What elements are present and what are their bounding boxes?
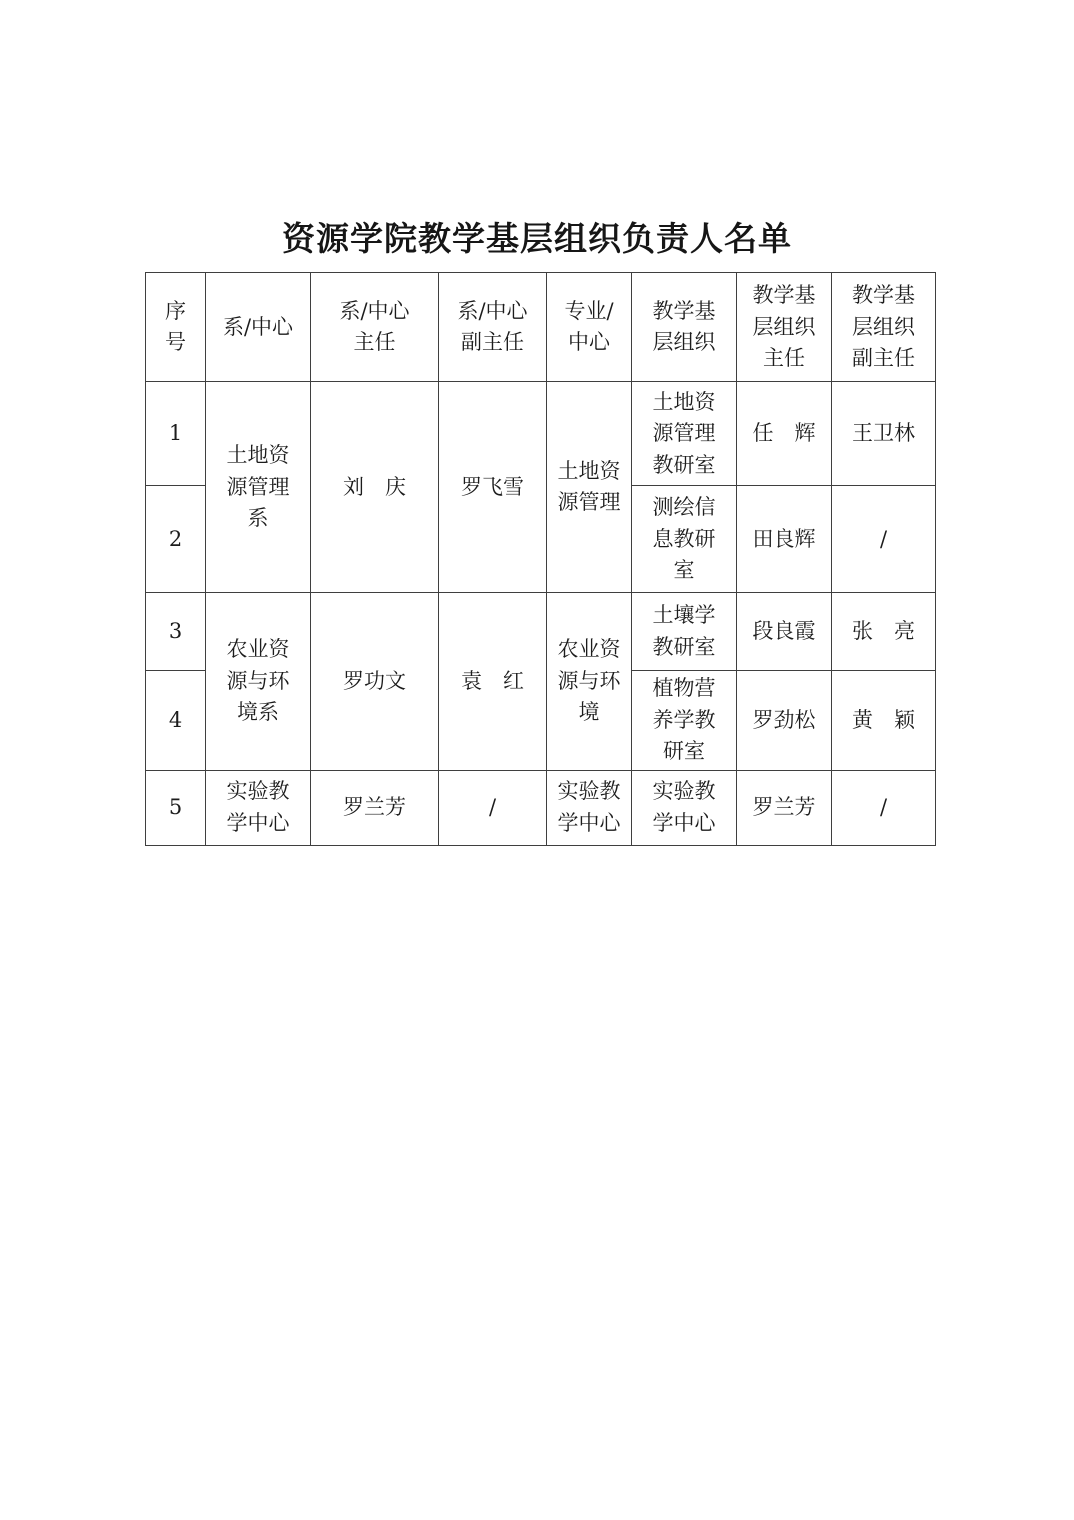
row3-org: 土壤学 教研室: [632, 593, 737, 671]
row5-org-director: 罗兰芳: [737, 770, 832, 845]
row5-major: 实验教 学中心: [547, 770, 632, 845]
row1-seq: 1: [146, 382, 206, 486]
row5-dept: 实验教 学中心: [206, 770, 311, 845]
row1-org-director: 任 辉: [737, 382, 832, 486]
row4-org: 植物营 养学教 研室: [632, 671, 737, 771]
page-title: 资源学院教学基层组织负责人名单: [0, 0, 1074, 259]
row3-dept-deputy: 袁 红: [439, 593, 547, 771]
header-dept-deputy: 系/中心 副主任: [439, 273, 547, 382]
header-org-director: 教学基 层组织 主任: [737, 273, 832, 382]
table-header-row: 序 号 系/中心 系/中心 主任 系/中心 副主任 专业/ 中心 教学基 层组织…: [146, 273, 936, 382]
table-row-3: 3 农业资 源与环 境系 罗功文 袁 红 农业资 源与环 境 土壤学 教研室 段…: [146, 593, 936, 671]
row3-dept-director: 罗功文: [311, 593, 439, 771]
row2-seq: 2: [146, 486, 206, 593]
header-seq: 序 号: [146, 273, 206, 382]
row1-dept: 土地资 源管理 系: [206, 382, 311, 593]
document-page: 资源学院教学基层组织负责人名单 序 号 系/中心 系/中心 主任 系/中心 副主…: [0, 0, 1074, 1520]
header-org: 教学基 层组织: [632, 273, 737, 382]
row1-major: 土地资 源管理: [547, 382, 632, 593]
row3-org-director: 段良霞: [737, 593, 832, 671]
row4-org-deputy: 黄 颖: [832, 671, 936, 771]
row3-major: 农业资 源与环 境: [547, 593, 632, 771]
row2-org-deputy: /: [832, 486, 936, 593]
row4-org-director: 罗劲松: [737, 671, 832, 771]
row5-org-deputy: /: [832, 770, 936, 845]
row2-org: 测绘信 息教研 室: [632, 486, 737, 593]
table-row-5: 5 实验教 学中心 罗兰芳 / 实验教 学中心 实验教 学中心 罗兰芳 /: [146, 770, 936, 845]
row3-org-deputy: 张 亮: [832, 593, 936, 671]
header-major: 专业/ 中心: [547, 273, 632, 382]
row3-seq: 3: [146, 593, 206, 671]
row5-dept-director: 罗兰芳: [311, 770, 439, 845]
row5-seq: 5: [146, 770, 206, 845]
row1-dept-deputy: 罗飞雪: [439, 382, 547, 593]
table-row-1: 1 土地资 源管理 系 刘 庆 罗飞雪 土地资 源管理 土地资 源管理 教研室 …: [146, 382, 936, 486]
header-org-deputy: 教学基 层组织 副主任: [832, 273, 936, 382]
row3-dept: 农业资 源与环 境系: [206, 593, 311, 771]
row4-seq: 4: [146, 671, 206, 771]
header-dept: 系/中心: [206, 273, 311, 382]
row5-org: 实验教 学中心: [632, 770, 737, 845]
row1-org: 土地资 源管理 教研室: [632, 382, 737, 486]
row1-dept-director: 刘 庆: [311, 382, 439, 593]
header-dept-director: 系/中心 主任: [311, 273, 439, 382]
org-table: 序 号 系/中心 系/中心 主任 系/中心 副主任 专业/ 中心 教学基 层组织…: [145, 272, 936, 846]
row2-org-director: 田良辉: [737, 486, 832, 593]
row5-dept-deputy: /: [439, 770, 547, 845]
row1-org-deputy: 王卫林: [832, 382, 936, 486]
